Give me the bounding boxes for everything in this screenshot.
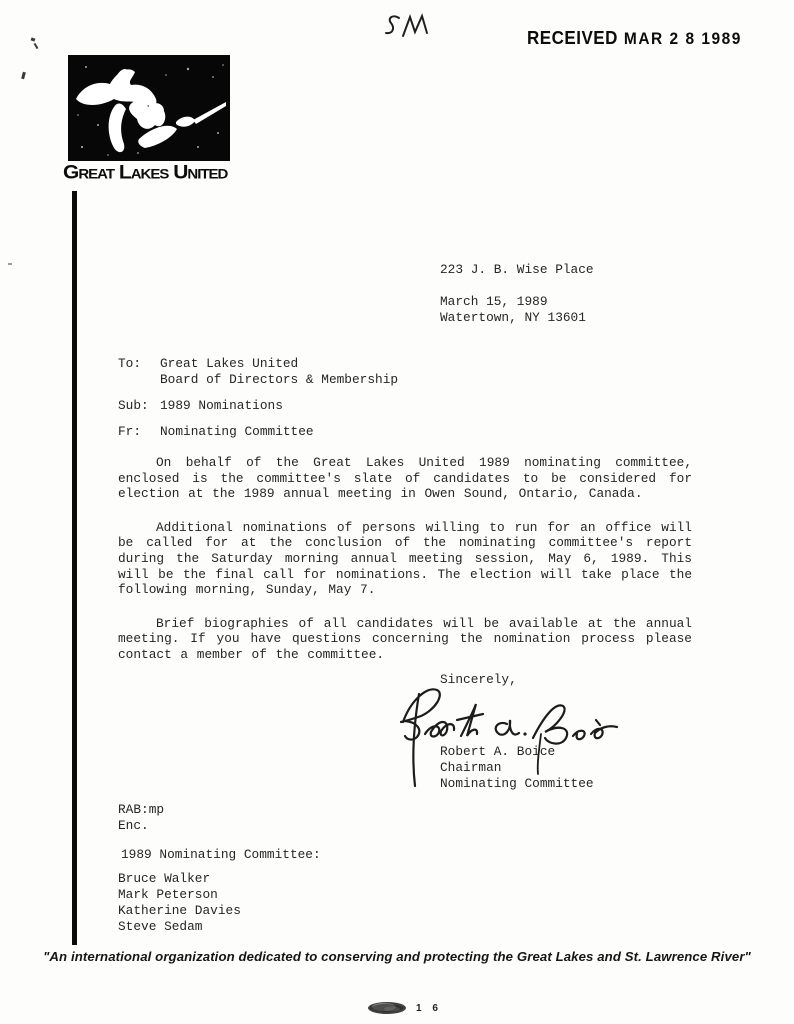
memo-header: To: Great Lakes United Board of Director… bbox=[118, 356, 398, 440]
scan-artifact bbox=[34, 43, 39, 49]
memo-from-label: Fr: bbox=[118, 424, 160, 440]
memo-from-value: Nominating Committee bbox=[160, 424, 314, 440]
valediction: Sincerely, bbox=[440, 672, 517, 687]
paragraph-3: Brief biographies of all candidates will… bbox=[118, 616, 692, 663]
scanned-letter-page: RECEIVEDMAR 2 8 1989 bbox=[0, 0, 794, 1024]
received-date-stamp: RECEIVEDMAR 2 8 1989 bbox=[527, 28, 742, 50]
logo-wordmark: Great Lakes United bbox=[63, 162, 238, 184]
address-line-2: Watertown, NY 13601 bbox=[440, 310, 594, 326]
scan-artifact bbox=[21, 72, 26, 80]
left-margin-rule bbox=[72, 191, 77, 945]
signer-org: Nominating Committee bbox=[440, 776, 594, 792]
memo-to-row: To: Great Lakes United bbox=[118, 356, 398, 372]
committee-member: Steve Sedam bbox=[118, 919, 241, 935]
letter-date: March 15, 1989 bbox=[440, 294, 548, 309]
memo-subject-label: Sub: bbox=[118, 398, 160, 414]
page-number: 1 6 bbox=[416, 1003, 442, 1014]
memo-subject-row: Sub: 1989 Nominations bbox=[118, 398, 398, 414]
typed-signature-block: Robert A. Boice Chairman Nominating Comm… bbox=[440, 744, 594, 792]
great-lakes-united-logo bbox=[68, 55, 230, 161]
reference-block: RAB:mp Enc. bbox=[118, 802, 164, 834]
typist-initials: RAB:mp bbox=[118, 802, 164, 818]
committee-member: Mark Peterson bbox=[118, 887, 241, 903]
ink-smudge-icon bbox=[366, 1000, 408, 1016]
memo-to-line2: Board of Directors & Membership bbox=[160, 372, 398, 388]
page-number-mark: 1 6 bbox=[366, 1000, 442, 1016]
typed-name: Robert A. Boice bbox=[440, 744, 594, 760]
scan-artifact bbox=[8, 263, 12, 265]
memo-to-row2: Board of Directors & Membership bbox=[118, 372, 398, 388]
committee-heading: 1989 Nominating Committee: bbox=[121, 847, 321, 862]
handwritten-sm-note bbox=[383, 10, 431, 51]
paragraph-2: Additional nominations of persons willin… bbox=[118, 520, 692, 598]
memo-from-row: Fr: Nominating Committee bbox=[118, 424, 398, 440]
committee-member: Katherine Davies bbox=[118, 903, 241, 919]
great-lakes-map-icon bbox=[68, 55, 230, 161]
paragraph-1: On behalf of the Great Lakes United 1989… bbox=[118, 455, 692, 502]
memo-to-line1: Great Lakes United bbox=[160, 356, 298, 372]
handwriting-sm-icon bbox=[383, 10, 431, 46]
letter-body: On behalf of the Great Lakes United 1989… bbox=[118, 455, 692, 681]
received-stamp-date: MAR 2 8 1989 bbox=[624, 30, 742, 48]
committee-member-list: Bruce Walker Mark Peterson Katherine Dav… bbox=[118, 871, 241, 935]
memo-to-label: To: bbox=[118, 356, 160, 372]
signer-title: Chairman bbox=[440, 760, 594, 776]
footer-tagline: "An international organization dedicated… bbox=[0, 949, 794, 964]
enclosure-note: Enc. bbox=[118, 818, 164, 834]
memo-subject-value: 1989 Nominations bbox=[160, 398, 283, 414]
received-stamp-word: RECEIVED bbox=[527, 28, 618, 49]
committee-member: Bruce Walker bbox=[118, 871, 241, 887]
scan-artifact bbox=[31, 37, 36, 41]
address-line-1: 223 J. B. Wise Place bbox=[440, 262, 594, 278]
